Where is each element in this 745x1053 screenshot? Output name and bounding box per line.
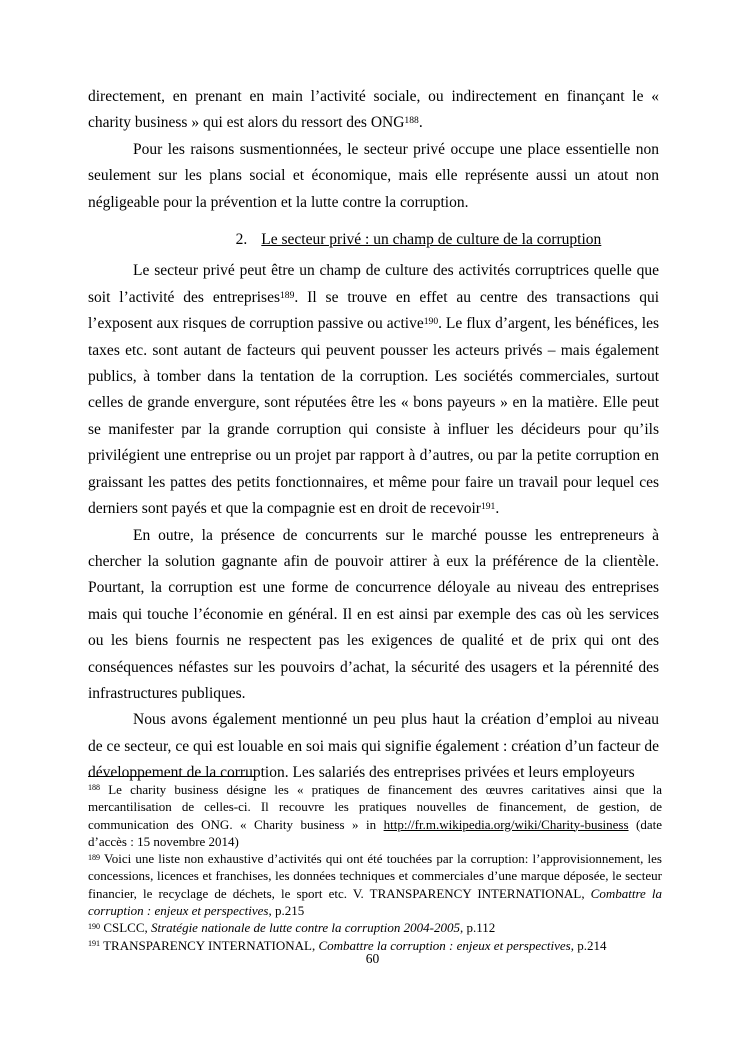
paragraph: directement, en prenant en main l’activi…: [88, 84, 659, 137]
footnote-separator: [88, 776, 254, 777]
underlined-text-run: Le secteur privé : un champ de culture d…: [261, 231, 601, 248]
footnote-ref: 189: [280, 290, 294, 301]
page-number: 60: [0, 951, 745, 967]
text-run: Nous avons également mentionné un peu pl…: [88, 711, 659, 781]
text-run: . Le flux d’argent, les bénéfices, les t…: [88, 315, 659, 517]
text-run: .: [495, 500, 499, 517]
footnote: 188 Le charity business désigne les « pr…: [88, 781, 662, 850]
text-run: .: [419, 114, 423, 131]
document-page: directement, en prenant en main l’activi…: [0, 0, 745, 1053]
footnote-ref: 190: [424, 316, 438, 327]
paragraph: En outre, la présence de concurrents sur…: [88, 523, 659, 708]
footnote-ref: 191: [88, 939, 100, 948]
section-heading: 2.Le secteur privé : un champ de culture…: [88, 227, 659, 253]
footnote-ref: 190: [88, 922, 100, 931]
footnote: 189 Voici une liste non exhaustive d’act…: [88, 850, 662, 919]
text-run: directement, en prenant en main l’activi…: [88, 88, 659, 131]
italic-text-run: Stratégie nationale de lutte contre la c…: [151, 920, 460, 935]
footnote-ref: 191: [481, 501, 495, 512]
paragraph: Le secteur privé peut être un champ de c…: [88, 258, 659, 522]
text-run: Voici une liste non exhaustive d’activit…: [88, 851, 662, 901]
hyperlink[interactable]: http://fr.m.wikipedia.org/wiki/Charity-b…: [384, 817, 629, 832]
footnote-ref: 189: [88, 853, 100, 862]
text-run: Pour les raisons susmentionnées, le sect…: [88, 141, 659, 211]
text-run: , p.215: [269, 903, 305, 918]
text-run: CSLCC,: [100, 920, 151, 935]
paragraph: Nous avons également mentionné un peu pl…: [88, 707, 659, 786]
footnote-ref: 188: [88, 783, 100, 792]
footnotes-section: 188 Le charity business désigne les « pr…: [88, 781, 662, 954]
body-content: directement, en prenant en main l’activi…: [88, 84, 659, 787]
text-run: , p.112: [460, 920, 495, 935]
text-run: En outre, la présence de concurrents sur…: [88, 527, 659, 702]
heading-number: 2.: [236, 231, 248, 248]
footnote: 190 CSLCC, Stratégie nationale de lutte …: [88, 919, 662, 936]
footnote-ref: 188: [404, 115, 418, 126]
paragraph: Pour les raisons susmentionnées, le sect…: [88, 137, 659, 216]
